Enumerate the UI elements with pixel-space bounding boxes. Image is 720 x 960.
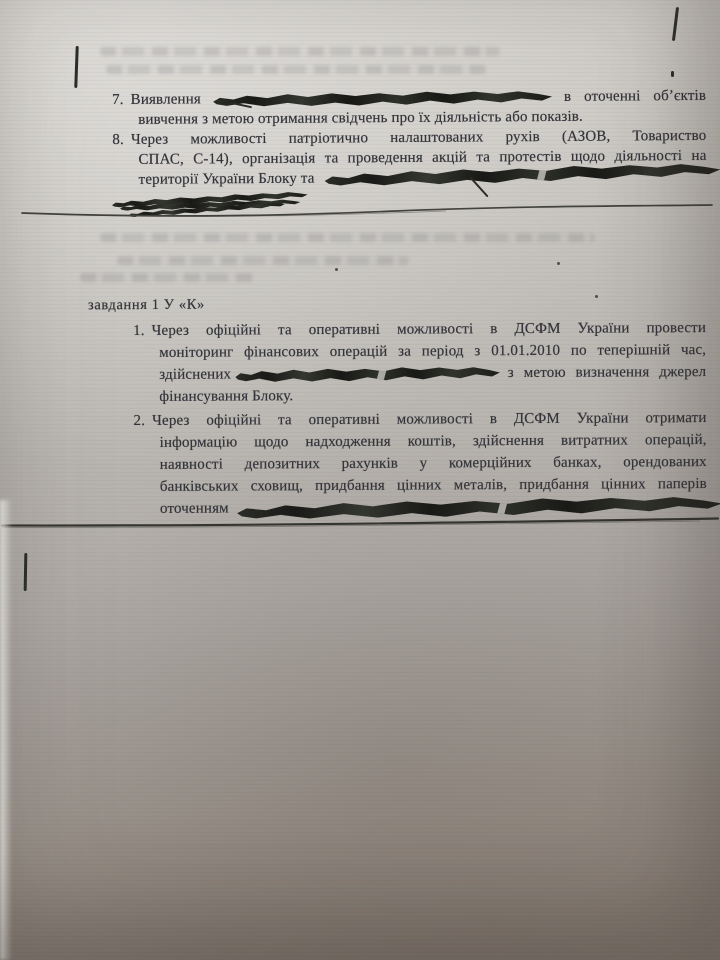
item-2-number: 2.	[133, 413, 145, 429]
paragraph-item-7-8: 7.Виявлення в оточенні об’єктів вивчення…	[112, 86, 707, 190]
item-1-line-4: фінансування Блоку.	[159, 388, 293, 405]
bleed-through-row	[117, 256, 409, 265]
item-2-line-1: Через офіційні та оперативні можливості …	[152, 410, 707, 429]
item-1-text-after-redaction: з метою визначення джерел	[508, 361, 707, 384]
text-line: фінансування Блоку.	[133, 383, 706, 408]
item-8-text-before-redaction: території України Блоку та	[139, 169, 315, 190]
paragraph-item-1-2: 1.Через офіційні та оперативні можливост…	[133, 317, 707, 520]
text-line: 7.Виявлення в оточенні об’єктів	[112, 86, 706, 110]
item-1-line-1: Через офіційні та оперативні можливості …	[152, 320, 707, 339]
scanned-document-page: 7.Виявлення в оточенні об’єктів вивчення…	[0, 0, 720, 960]
item-8-number: 8.	[112, 132, 124, 148]
pen-tick-left-lower	[24, 553, 28, 591]
item-2-line-2: інформацію щодо надходження коштів, здій…	[160, 432, 707, 451]
item-2-line-4: банківських сховищ, придбання цінних мет…	[160, 476, 707, 495]
bleed-through-row	[80, 273, 255, 282]
item-8-line-2: СПАС, С-14), організація та проведення а…	[138, 148, 706, 168]
item-7-number: 7.	[112, 92, 124, 108]
item-2-text-before-redaction: оточенням	[160, 498, 229, 520]
text-line: інформацію щодо надходження коштів, здій…	[134, 429, 707, 454]
ink-speck	[557, 262, 560, 265]
pen-tick-left-upper	[74, 46, 78, 88]
text-line: 1.Через офіційні та оперативні можливост…	[133, 317, 706, 342]
task-section-heading: завдання 1 У «К»	[88, 297, 205, 315]
item-7-line-2: вивчення з метою отримання свідчень про …	[138, 109, 583, 128]
ink-speck	[335, 268, 338, 271]
text-line: здійснених з метою визначення джерел	[133, 361, 706, 386]
list-number: 7.Виявлення	[112, 89, 201, 110]
text-line: банківських сховищ, придбання цінних мет…	[134, 473, 707, 498]
text-line: території України Блоку та	[113, 166, 707, 190]
text-line: наявності депозитних рахунків у комерцій…	[134, 451, 707, 476]
item-1-line-2: моніторинг фінансових операцій за період…	[159, 342, 706, 361]
redaction-marker-item-7	[213, 88, 552, 108]
text-line: оточенням	[134, 495, 707, 520]
redaction-marker-item-1	[235, 364, 500, 383]
bleed-through-row	[100, 47, 500, 56]
ink-speck	[595, 295, 598, 298]
item-2-line-3: наявності депозитних рахунків у комерцій…	[160, 454, 707, 473]
ink-scribble	[112, 190, 309, 219]
text-line: моніторинг фінансових операцій за період…	[133, 339, 706, 364]
paper-edge-highlight	[0, 500, 12, 960]
item-8-line-1: Через можливості патріотично налаштовани…	[131, 128, 707, 148]
item-1-text-before-redaction: здійснених	[159, 363, 231, 385]
item-7-text-after-redaction: в оточенні об’єктів	[564, 86, 706, 107]
bleed-through-row	[100, 233, 595, 242]
ink-dot	[671, 71, 674, 77]
bleed-through-row	[106, 65, 486, 74]
pen-tick-top-right	[672, 7, 679, 41]
item-7-text-before-redaction: Виявлення	[131, 91, 201, 107]
text-line: 2.Через офіційні та оперативні можливост…	[133, 407, 706, 432]
redaction-marker-item-2	[237, 493, 720, 521]
text-line: СПАС, С-14), організація та проведення а…	[112, 146, 706, 170]
item-1-number: 1.	[133, 323, 145, 339]
